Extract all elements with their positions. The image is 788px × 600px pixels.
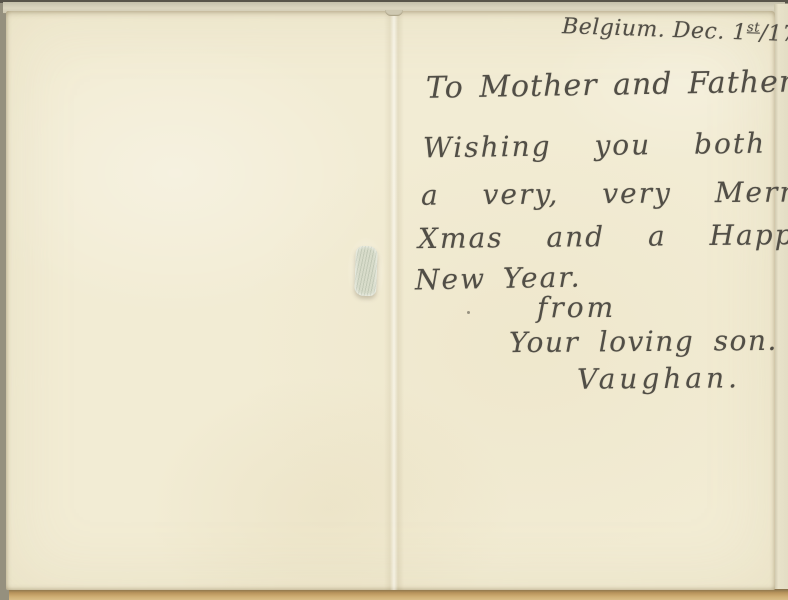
dateline: Belgium. Dec. 1st/17. bbox=[562, 14, 788, 48]
signoff-line: Your loving son. bbox=[509, 325, 778, 360]
dateline-ordinal-superscript: st bbox=[747, 20, 761, 35]
stray-pencil-dot bbox=[467, 311, 470, 314]
salutation-line: To Mother and Father : — bbox=[426, 64, 788, 106]
dateline-suffix: /17. bbox=[759, 21, 788, 48]
closing-line: from bbox=[537, 292, 616, 324]
dateline-prefix: Belgium. Dec. 1 bbox=[562, 14, 748, 45]
scanned-greeting-card-photo: Belgium. Dec. 1st/17. To Mother and Fath… bbox=[0, 0, 788, 600]
backing-card-bottom-edge bbox=[9, 589, 788, 600]
body-line-3: Xmas and a Happy bbox=[418, 219, 788, 255]
card-inside-spread: Belgium. Dec. 1st/17. To Mother and Fath… bbox=[6, 11, 775, 590]
signature-line: Vaughan. bbox=[577, 362, 741, 396]
center-fold-crease bbox=[384, 11, 404, 590]
body-line-1: Wishing you both bbox=[423, 128, 767, 165]
ribbon-scrap bbox=[354, 246, 378, 297]
body-line-2: a very, very Merry bbox=[421, 176, 788, 212]
